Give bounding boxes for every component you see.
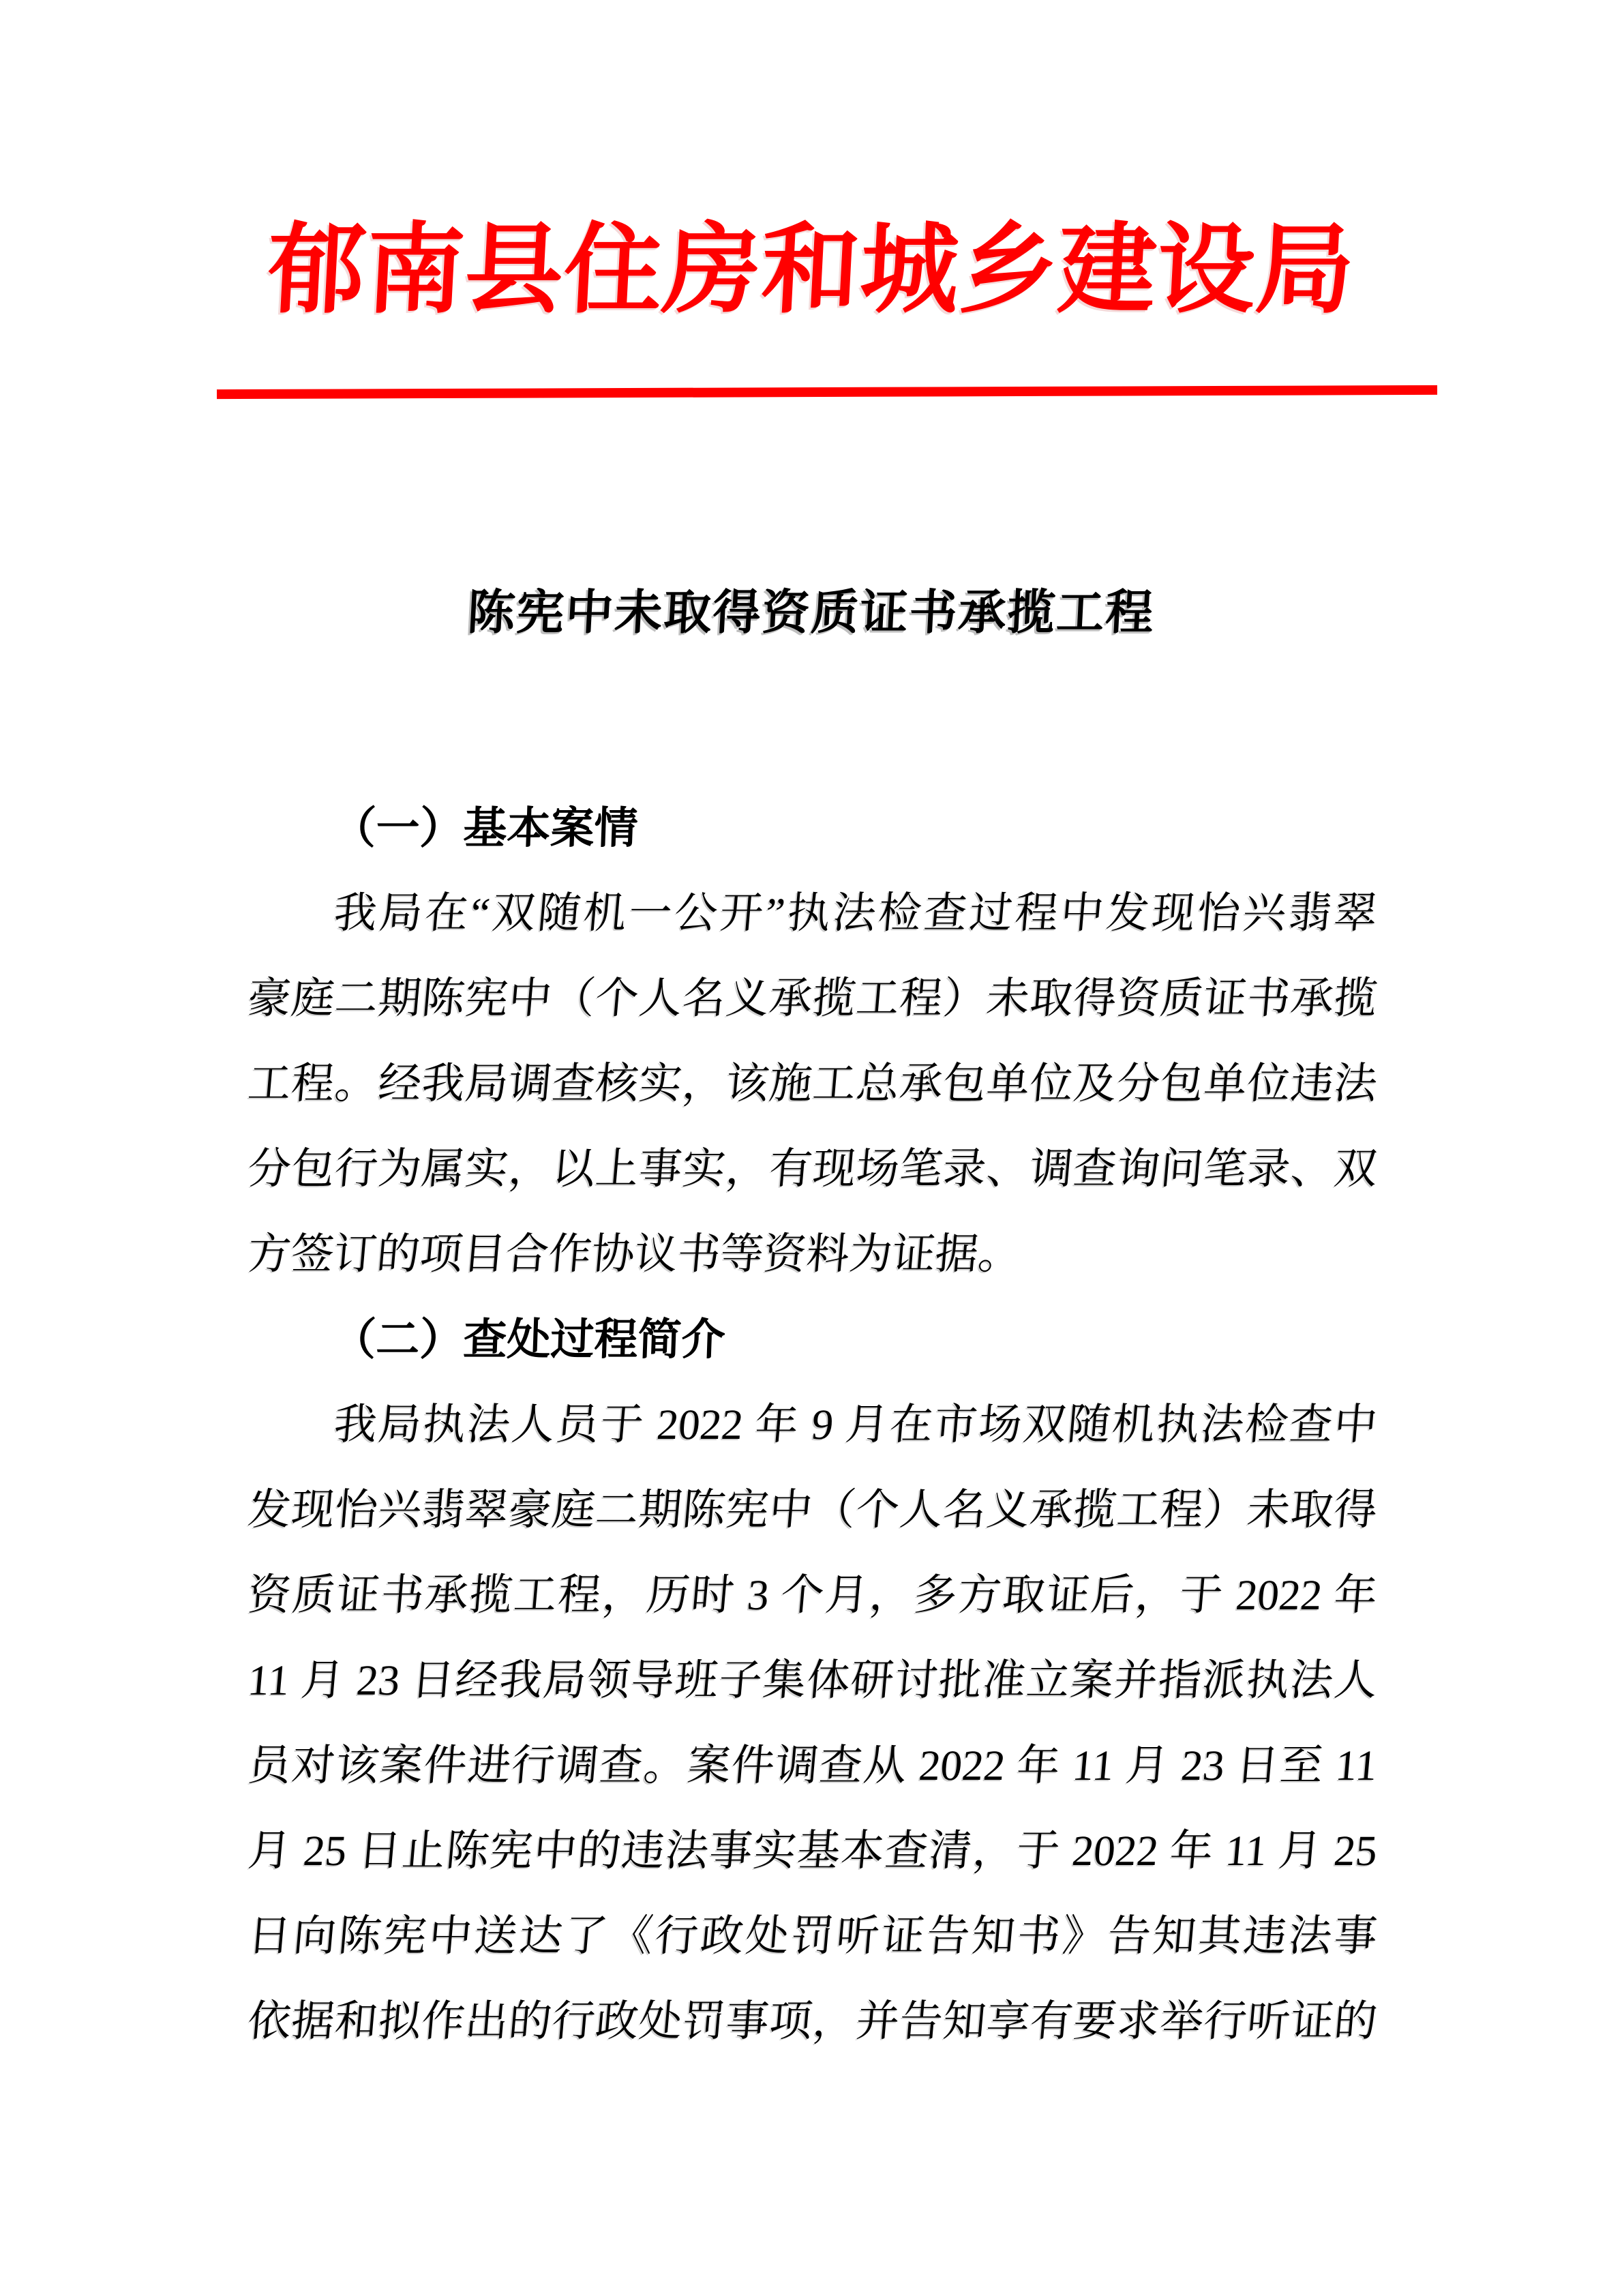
text-line: 员对该案件进行调查。案件调查从 2022 年 11 月 23 日至 11	[244, 1723, 1381, 1808]
document-title: 陈宪中未取得资质证书承揽工程	[0, 580, 1622, 648]
section-heading: （一）基本案情	[245, 786, 1377, 871]
section-heading: （二）查处过程简介	[245, 1297, 1377, 1382]
text-line: 我局在“双随机一公开”执法检查过程中发现怡兴翡翠	[244, 871, 1381, 956]
text-line: 我局执法人员于 2022 年 9 月在市场双随机执法检查中	[244, 1382, 1381, 1467]
text-line: 月 25 日止陈宪中的违法事实基本查清，于 2022 年 11 月 25	[244, 1808, 1381, 1894]
text-line: 工程。经我局调查核实，该施工总承包单位及分包单位违法	[244, 1041, 1381, 1127]
masthead-divider-line	[217, 385, 1437, 399]
text-line: 依据和拟作出的行政处罚事项，并告知享有要求举行听证的	[244, 1979, 1381, 2064]
document-body: （一）基本案情我局在“双随机一公开”执法检查过程中发现怡兴翡翠豪庭二期陈宪中（个…	[245, 786, 1375, 2064]
text-line: 方签订的项目合作协议书等资料为证据。	[244, 1212, 1381, 1297]
text-line: 资质证书承揽工程，历时 3 个月，多方取证后，于 2022 年	[244, 1553, 1381, 1638]
text-line: 豪庭二期陈宪中（个人名义承揽工程）未取得资质证书承揽	[244, 956, 1381, 1041]
org-masthead: 郁南县住房和城乡建设局	[0, 205, 1622, 338]
document-page: 郁南县住房和城乡建设局 陈宪中未取得资质证书承揽工程 （一）基本案情我局在“双随…	[0, 0, 1622, 2296]
text-line: 日向陈宪中送达了《行政处罚听证告知书》告知其违法事实、	[244, 1894, 1381, 1979]
text-line: 分包行为属实，以上事实，有现场笔录、调查询问笔录、双	[244, 1127, 1381, 1212]
text-line: 11 月 23 日经我局领导班子集体研讨批准立案并指派执法人	[244, 1638, 1381, 1723]
text-line: 发现怡兴翡翠豪庭二期陈宪中（个人名义承揽工程）未取得	[244, 1467, 1381, 1553]
